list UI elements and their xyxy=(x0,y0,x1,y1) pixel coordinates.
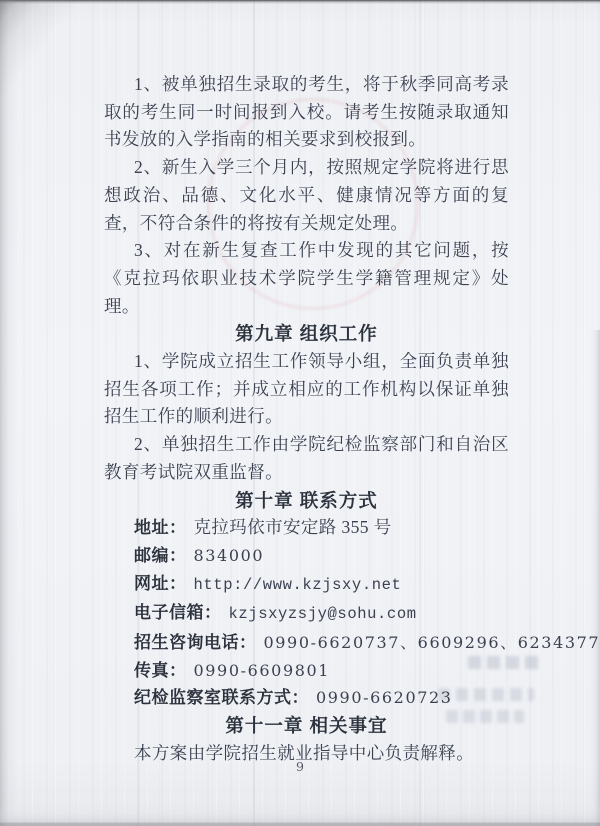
contact-email-label: 电子信箱： xyxy=(134,603,222,622)
contact-discipline-office-label: 纪检监察室联系方式： xyxy=(134,688,309,707)
contact-discipline-office: 纪检监察室联系方式：0990-6620723 xyxy=(104,684,509,712)
paragraph-supervision: 2、单独招生工作由学院纪检监察部门和自治区教育考试院双重监督。 xyxy=(104,431,509,486)
contact-email: 电子信箱：kzjsxyzsjy@sohu.com xyxy=(104,599,509,629)
contact-website: 网址：http://www.kzjsxy.net xyxy=(104,570,509,600)
paragraph-report-enrollment: 1、被单独招生录取的考生，将于秋季同高考录取的考生同一时间报到入校。请考生按随录… xyxy=(104,71,509,154)
contact-fax-label: 传真： xyxy=(134,661,187,680)
scan-edge-right xyxy=(590,330,600,826)
contact-address-label: 地址： xyxy=(134,518,187,537)
paragraph-recheck-policy: 2、新生入学三个月内，按照规定学院将进行思想政治、品德、文化水平、健康情况等方面… xyxy=(104,154,509,237)
contact-admission-phone-label: 招生咨询电话： xyxy=(134,633,257,652)
contact-postcode: 邮编：834000 xyxy=(104,542,509,570)
paragraph-other-issues: 3、对在新生复查工作中发现的其它问题，按《克拉玛依职业技术学院学生学籍管理规定》… xyxy=(104,237,509,320)
scan-edge-top xyxy=(0,0,600,4)
contact-fax: 传真：0990-6609801 xyxy=(104,657,509,685)
contact-postcode-label: 邮编： xyxy=(134,546,187,565)
document-body: 1、被单独招生录取的考生，将于秋季同高考录取的考生同一时间报到入校。请考生按随录… xyxy=(104,71,509,768)
scan-edge-bottom xyxy=(0,806,600,826)
contact-admission-phone-value: 0990-6620737、6609296、6234377 xyxy=(264,633,600,652)
contact-address-value: 克拉玛依市安定路 355 号 xyxy=(194,517,392,537)
contact-fax-value: 0990-6609801 xyxy=(194,661,331,680)
contact-postcode-value: 834000 xyxy=(194,546,265,565)
scan-edge-left xyxy=(0,0,18,826)
paragraph-leading-group: 1、学院成立招生工作领导小组，全面负责单独招生各项工作；并成立相应的工作机构以保… xyxy=(104,348,509,431)
contact-discipline-office-value: 0990-6620723 xyxy=(316,688,453,707)
contact-email-value: kzjsxyzsjy@sohu.com xyxy=(229,605,417,623)
contact-website-value: http://www.kzjsxy.net xyxy=(194,576,402,594)
contact-website-label: 网址： xyxy=(134,574,187,593)
chapter11-heading: 第十一章 相关事宜 xyxy=(104,712,509,740)
chapter9-heading: 第九章 组织工作 xyxy=(104,320,509,348)
scanned-document-page: 1、被单独招生录取的考生，将于秋季同高考录取的考生同一时间报到入校。请考生按随录… xyxy=(0,0,600,826)
contact-admission-phone: 招生咨询电话：0990-6620737、6609296、6234377 xyxy=(104,629,509,657)
chapter10-heading: 第十章 联系方式 xyxy=(104,487,509,515)
page-number: 9 xyxy=(0,759,600,774)
contact-address: 地址：克拉玛依市安定路 355 号 xyxy=(104,514,509,542)
